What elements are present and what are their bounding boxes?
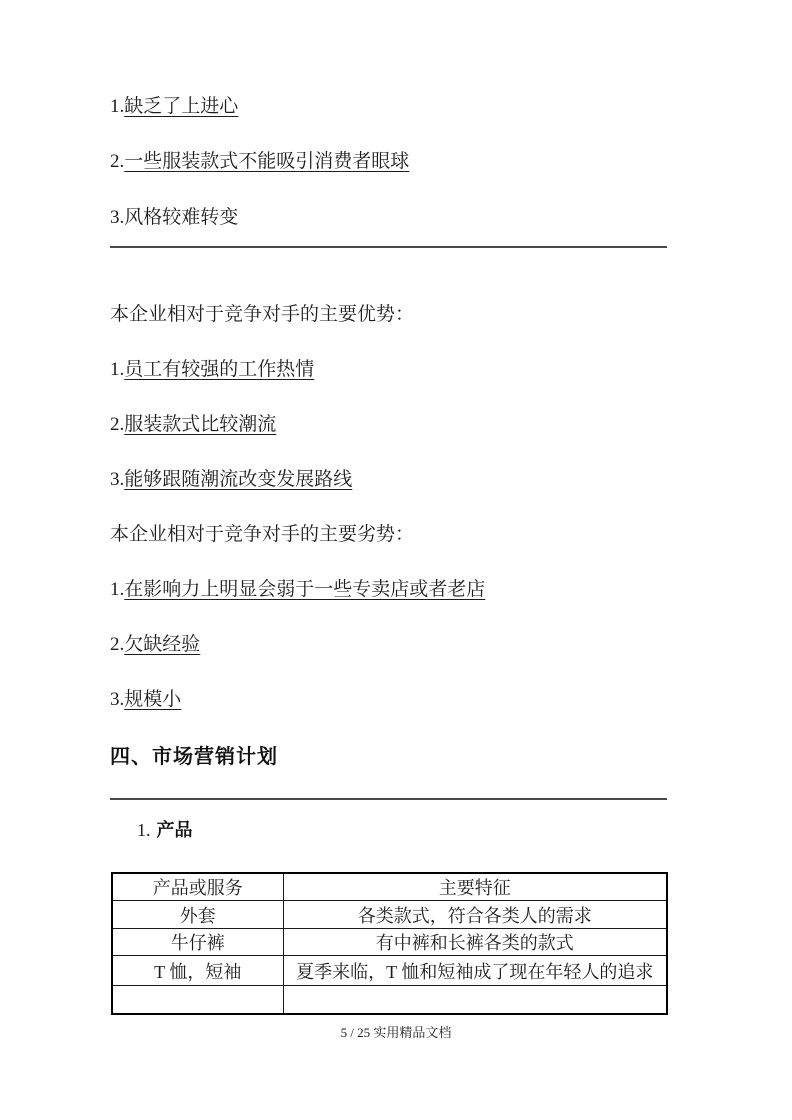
list-item-number: 3. [110, 207, 124, 228]
product-table-container: 产品或服务 主要特征 外套 各类款式，符合各类人的需求 牛仔裤 有中裤和长裤各类… [111, 872, 668, 1015]
table-cell: 夏季来临，T 恤和短袖成了现在年轻人的追求 [283, 956, 667, 986]
list-item-text: 能够跟随潮流改变发展路线 [124, 469, 352, 490]
list-item-number: 2. [110, 634, 124, 655]
list-item: 1.在影响力上明显会弱于一些专卖店或者老店 [110, 577, 485, 603]
paragraph-heading-disadvantages: 本企业相对于竞争对手的主要劣势： [110, 522, 414, 548]
list-item: 2.欠缺经验 [110, 632, 200, 658]
list-item-text: 一些服装款式不能吸引消费者眼球 [124, 151, 409, 172]
list-item-number: 1. [110, 359, 124, 380]
list-item-text: 风格较难转变 [124, 207, 238, 228]
list-item: 3.能够跟随潮流改变发展路线 [110, 467, 352, 493]
list-item-number: 3. [110, 689, 124, 710]
list-item-number: 2. [110, 151, 124, 172]
table-cell: 牛仔裤 [112, 929, 283, 956]
table-row-empty [112, 986, 667, 1014]
table-cell: T 恤，短袖 [112, 956, 283, 986]
page-footer: 5 / 25 实用精品文档 [0, 1025, 792, 1041]
horizontal-rule [110, 798, 667, 800]
table-header-cell: 主要特征 [283, 873, 667, 901]
list-item-number: 3. [110, 469, 124, 490]
list-item: 2.服装款式比较潮流 [110, 412, 276, 438]
table-header-row: 产品或服务 主要特征 [112, 873, 667, 901]
list-item: 3.风格较难转变 [110, 205, 238, 231]
document-page: 1.缺乏了上进心 2.一些服装款式不能吸引消费者眼球 3.风格较难转变 本企业相… [0, 0, 792, 1120]
horizontal-rule [110, 246, 667, 248]
table-cell: 有中裤和长裤各类的款式 [283, 929, 667, 956]
product-features-table: 产品或服务 主要特征 外套 各类款式，符合各类人的需求 牛仔裤 有中裤和长裤各类… [111, 872, 668, 1015]
table-row: T 恤，短袖 夏季来临，T 恤和短袖成了现在年轻人的追求 [112, 956, 667, 986]
paragraph-heading-advantages: 本企业相对于竞争对手的主要优势： [110, 302, 414, 328]
subsection-label: 产品 [157, 820, 193, 840]
table-cell [283, 986, 667, 1014]
table-header-cell: 产品或服务 [112, 873, 283, 901]
table-cell: 各类款式，符合各类人的需求 [283, 901, 667, 929]
subsection-title: 1.产品 [137, 817, 193, 843]
list-item: 2.一些服装款式不能吸引消费者眼球 [110, 149, 409, 175]
list-item-text: 服装款式比较潮流 [124, 414, 276, 435]
list-item: 3.规模小 [110, 687, 181, 713]
table-row: 外套 各类款式，符合各类人的需求 [112, 901, 667, 929]
table-cell [112, 986, 283, 1014]
subsection-number: 1. [137, 820, 151, 840]
table-cell: 外套 [112, 901, 283, 929]
list-item: 1.缺乏了上进心 [110, 94, 238, 120]
list-item: 1.员工有较强的工作热情 [110, 357, 314, 383]
list-item-number: 2. [110, 414, 124, 435]
list-item-text: 在影响力上明显会弱于一些专卖店或者老店 [124, 579, 485, 600]
list-item-number: 1. [110, 579, 124, 600]
list-item-text: 规模小 [124, 689, 181, 710]
list-item-number: 1. [110, 96, 124, 117]
list-item-text: 员工有较强的工作热情 [124, 359, 314, 380]
list-item-text: 欠缺经验 [124, 634, 200, 655]
table-row: 牛仔裤 有中裤和长裤各类的款式 [112, 929, 667, 956]
list-item-text: 缺乏了上进心 [124, 96, 238, 117]
section-heading: 四、市场营销计划 [110, 743, 278, 771]
